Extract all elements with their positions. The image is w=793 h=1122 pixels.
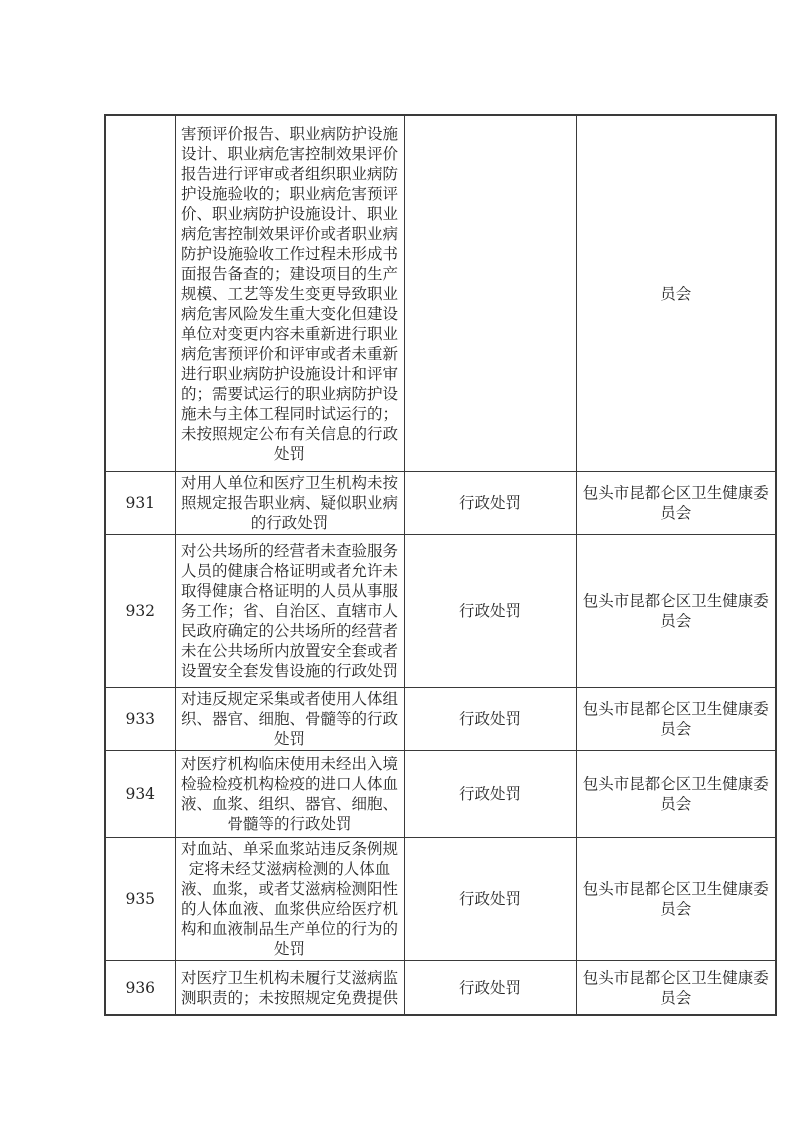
cell-authority: 包头市昆都仑区卫生健康委员会 xyxy=(576,961,776,1016)
table-row-934: 934 对医疗机构临床使用未经出入境检验检疫机构检疫的进口人体血液、血浆、组织、… xyxy=(105,751,776,838)
cell-number: 936 xyxy=(105,961,175,1016)
table-row-932: 932 对公共场所的经营者未查验服务人员的健康合格证明或者允许未取得健康合格证明… xyxy=(105,535,776,688)
document-page: 害预评价报告、职业病防护设施设计、职业病危害控制效果评价报告进行评审或者组织职业… xyxy=(0,0,793,1122)
cell-penalty-type xyxy=(404,115,576,472)
cell-penalty-type: 行政处罚 xyxy=(404,961,576,1016)
table-row-933: 933 对违反规定采集或者使用人体组织、器官、细胞、骨髓等的行政处罚 行政处罚 … xyxy=(105,688,776,751)
cell-number: 932 xyxy=(105,535,175,688)
cell-description: 对违反规定采集或者使用人体组织、器官、细胞、骨髓等的行政处罚 xyxy=(175,688,404,751)
table-row-935: 935 对血站、单采血浆站违反条例规定将未经艾滋病检测的人体血液、血浆，或者艾滋… xyxy=(105,838,776,961)
cell-number: 933 xyxy=(105,688,175,751)
cell-penalty-type: 行政处罚 xyxy=(404,688,576,751)
cell-description: 对医疗机构临床使用未经出入境检验检疫机构检疫的进口人体血液、血浆、组织、器官、细… xyxy=(175,751,404,838)
cell-description: 对医疗卫生机构未履行艾滋病监测职责的；未按照规定免费提供 xyxy=(175,961,404,1016)
cell-number: 934 xyxy=(105,751,175,838)
penalty-table-body: 害预评价报告、职业病防护设施设计、职业病危害控制效果评价报告进行评审或者组织职业… xyxy=(105,115,776,1015)
cell-number: 935 xyxy=(105,838,175,961)
cell-description: 对血站、单采血浆站违反条例规定将未经艾滋病检测的人体血液、血浆，或者艾滋病检测阳… xyxy=(175,838,404,961)
cell-authority: 包头市昆都仑区卫生健康委员会 xyxy=(576,838,776,961)
cell-authority: 包头市昆都仑区卫生健康委员会 xyxy=(576,688,776,751)
cell-authority: 包头市昆都仑区卫生健康委员会 xyxy=(576,751,776,838)
cell-penalty-type: 行政处罚 xyxy=(404,535,576,688)
cell-authority: 包头市昆都仑区卫生健康委员会 xyxy=(576,535,776,688)
cell-description: 对用人单位和医疗卫生机构未按照规定报告职业病、疑似职业病的行政处罚 xyxy=(175,472,404,535)
cell-number: 931 xyxy=(105,472,175,535)
cell-authority: 包头市昆都仑区卫生健康委员会 xyxy=(576,472,776,535)
cell-penalty-type: 行政处罚 xyxy=(404,472,576,535)
cell-penalty-type: 行政处罚 xyxy=(404,838,576,961)
cell-authority: 员会 xyxy=(576,115,776,472)
cell-number xyxy=(105,115,175,472)
table-row-931: 931 对用人单位和医疗卫生机构未按照规定报告职业病、疑似职业病的行政处罚 行政… xyxy=(105,472,776,535)
table-row-930-continuation: 害预评价报告、职业病防护设施设计、职业病危害控制效果评价报告进行评审或者组织职业… xyxy=(105,115,776,472)
penalty-table: 害预评价报告、职业病防护设施设计、职业病危害控制效果评价报告进行评审或者组织职业… xyxy=(104,114,777,1016)
table-row-936: 936 对医疗卫生机构未履行艾滋病监测职责的；未按照规定免费提供 行政处罚 包头… xyxy=(105,961,776,1016)
cell-description: 害预评价报告、职业病防护设施设计、职业病危害控制效果评价报告进行评审或者组织职业… xyxy=(175,115,404,472)
cell-description: 对公共场所的经营者未查验服务人员的健康合格证明或者允许未取得健康合格证明的人员从… xyxy=(175,535,404,688)
cell-penalty-type: 行政处罚 xyxy=(404,751,576,838)
